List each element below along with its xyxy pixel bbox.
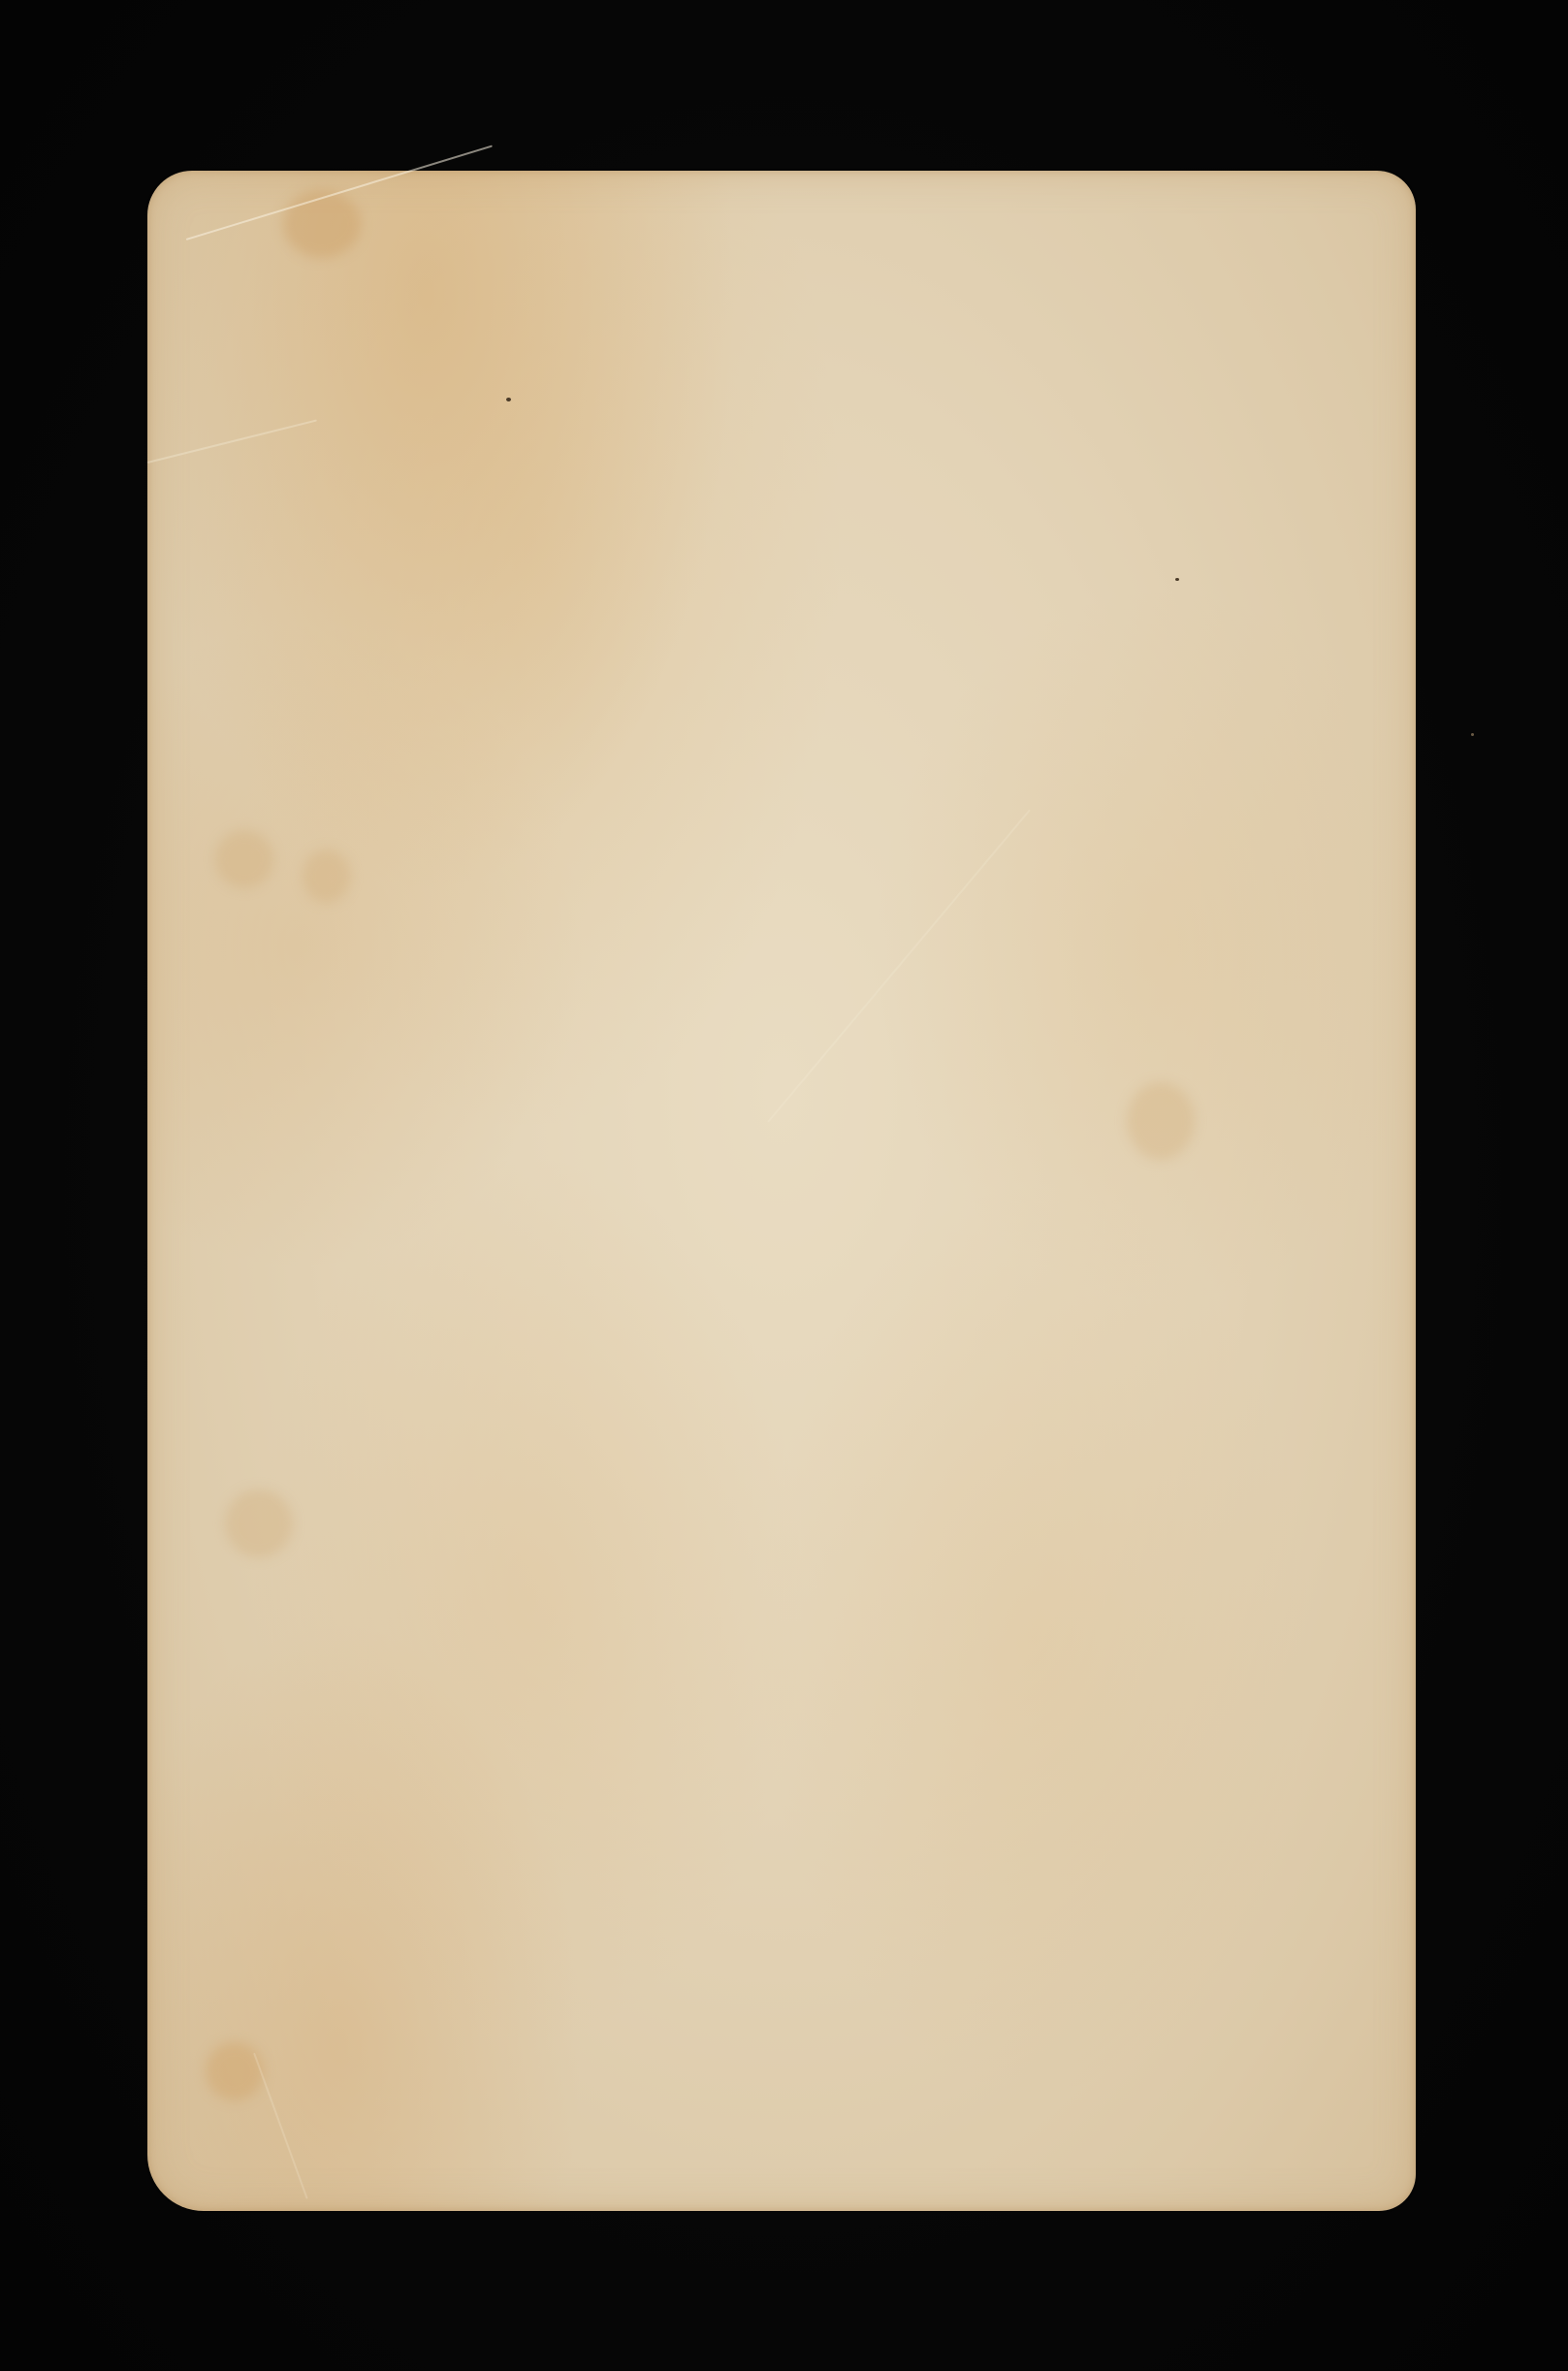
paper-crease (147, 419, 317, 463)
foxing-stain (215, 830, 273, 888)
dirt-speck (1471, 733, 1474, 736)
dirt-speck (1175, 578, 1179, 581)
antique-card-back (147, 171, 1416, 2211)
paper-crease (253, 2053, 308, 2199)
paper-crease (767, 810, 1031, 1123)
foxing-stain (283, 190, 361, 258)
foxing-stain (206, 2042, 264, 2100)
foxing-stain (225, 1490, 293, 1557)
dirt-speck (506, 398, 511, 401)
foxing-stain (1127, 1082, 1195, 1160)
foxing-stain (303, 849, 351, 903)
